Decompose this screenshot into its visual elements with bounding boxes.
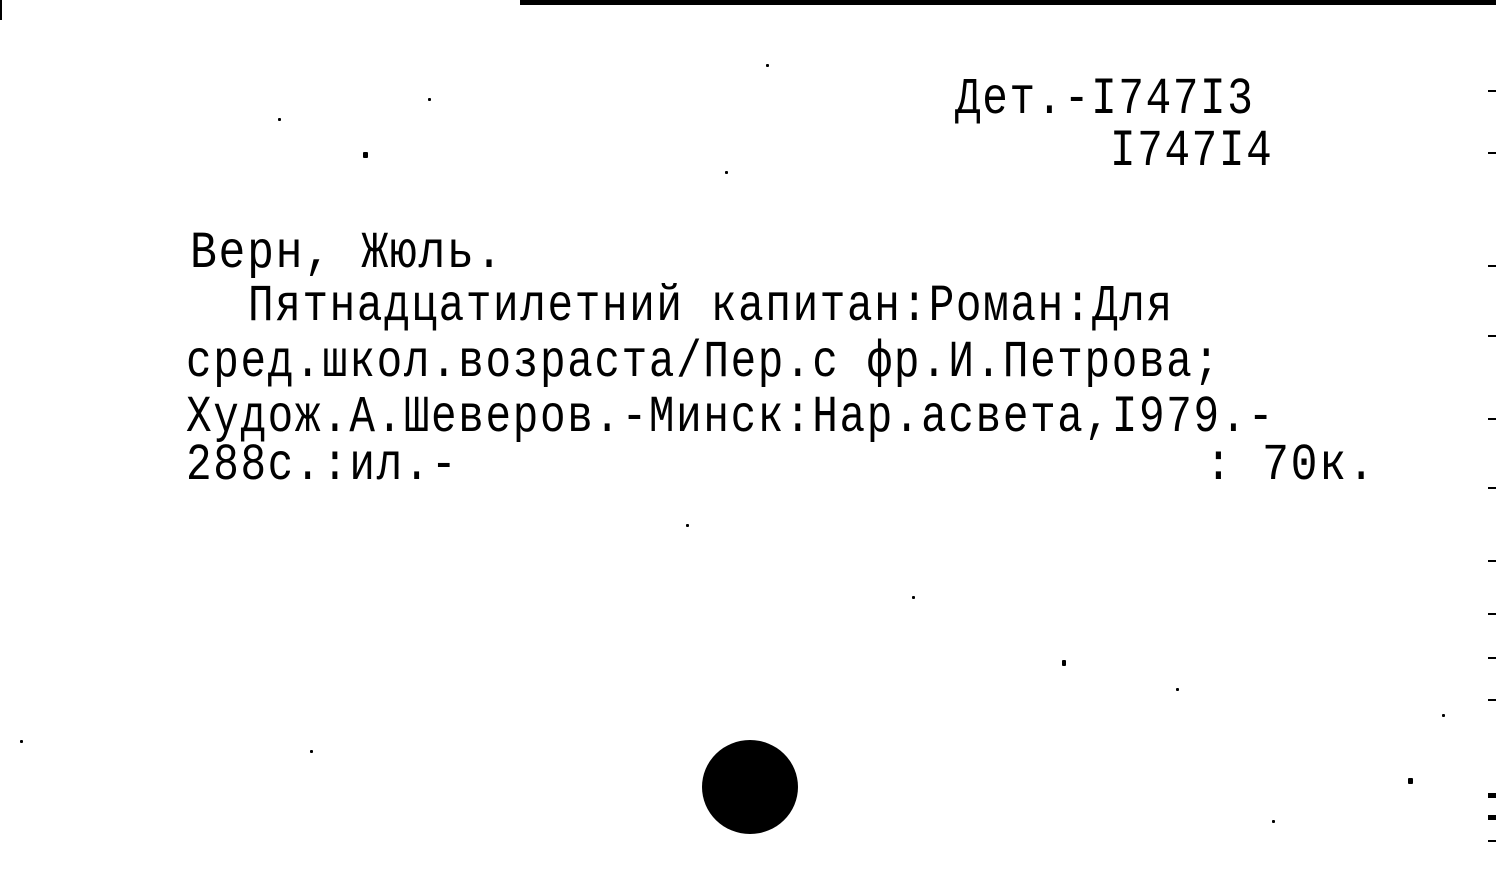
scan-speck <box>766 64 769 67</box>
scan-edge-right <box>1486 0 1496 872</box>
scan-speck <box>1062 660 1066 666</box>
scan-speck <box>1272 820 1275 823</box>
scan-speck <box>1176 688 1179 691</box>
description-line-2: сред.школ.возраста/Пер.с фр.И.Петрова; <box>186 337 1221 389</box>
title-line: Пятнадцатилетний капитан:Роман:Для <box>248 281 1174 333</box>
scan-speck <box>1442 714 1445 717</box>
scan-speck <box>725 171 728 174</box>
scan-speck <box>278 118 281 121</box>
price: : 70к. <box>1205 440 1376 492</box>
scan-speck <box>20 740 23 743</box>
scan-edge-left <box>0 0 2 20</box>
scan-speck <box>363 152 368 158</box>
scan-edge-top <box>520 0 1496 5</box>
scan-speck <box>1408 778 1413 784</box>
scan-speck <box>912 596 915 599</box>
scan-speck <box>310 750 313 753</box>
punch-hole-icon <box>702 740 798 834</box>
pagination-line: 288с.:ил.- <box>186 440 458 492</box>
scan-speck <box>686 524 689 527</box>
catalog-card: Дет.-I747I3 I747I4 Верн, Жюль. Пятнадцат… <box>0 0 1496 872</box>
scan-speck <box>428 98 431 101</box>
shelfmark-line-2: I747I4 <box>1110 126 1273 178</box>
author-heading: Верн, Жюль. <box>190 228 504 280</box>
shelfmark-line-1: Дет.-I747I3 <box>955 74 1255 126</box>
